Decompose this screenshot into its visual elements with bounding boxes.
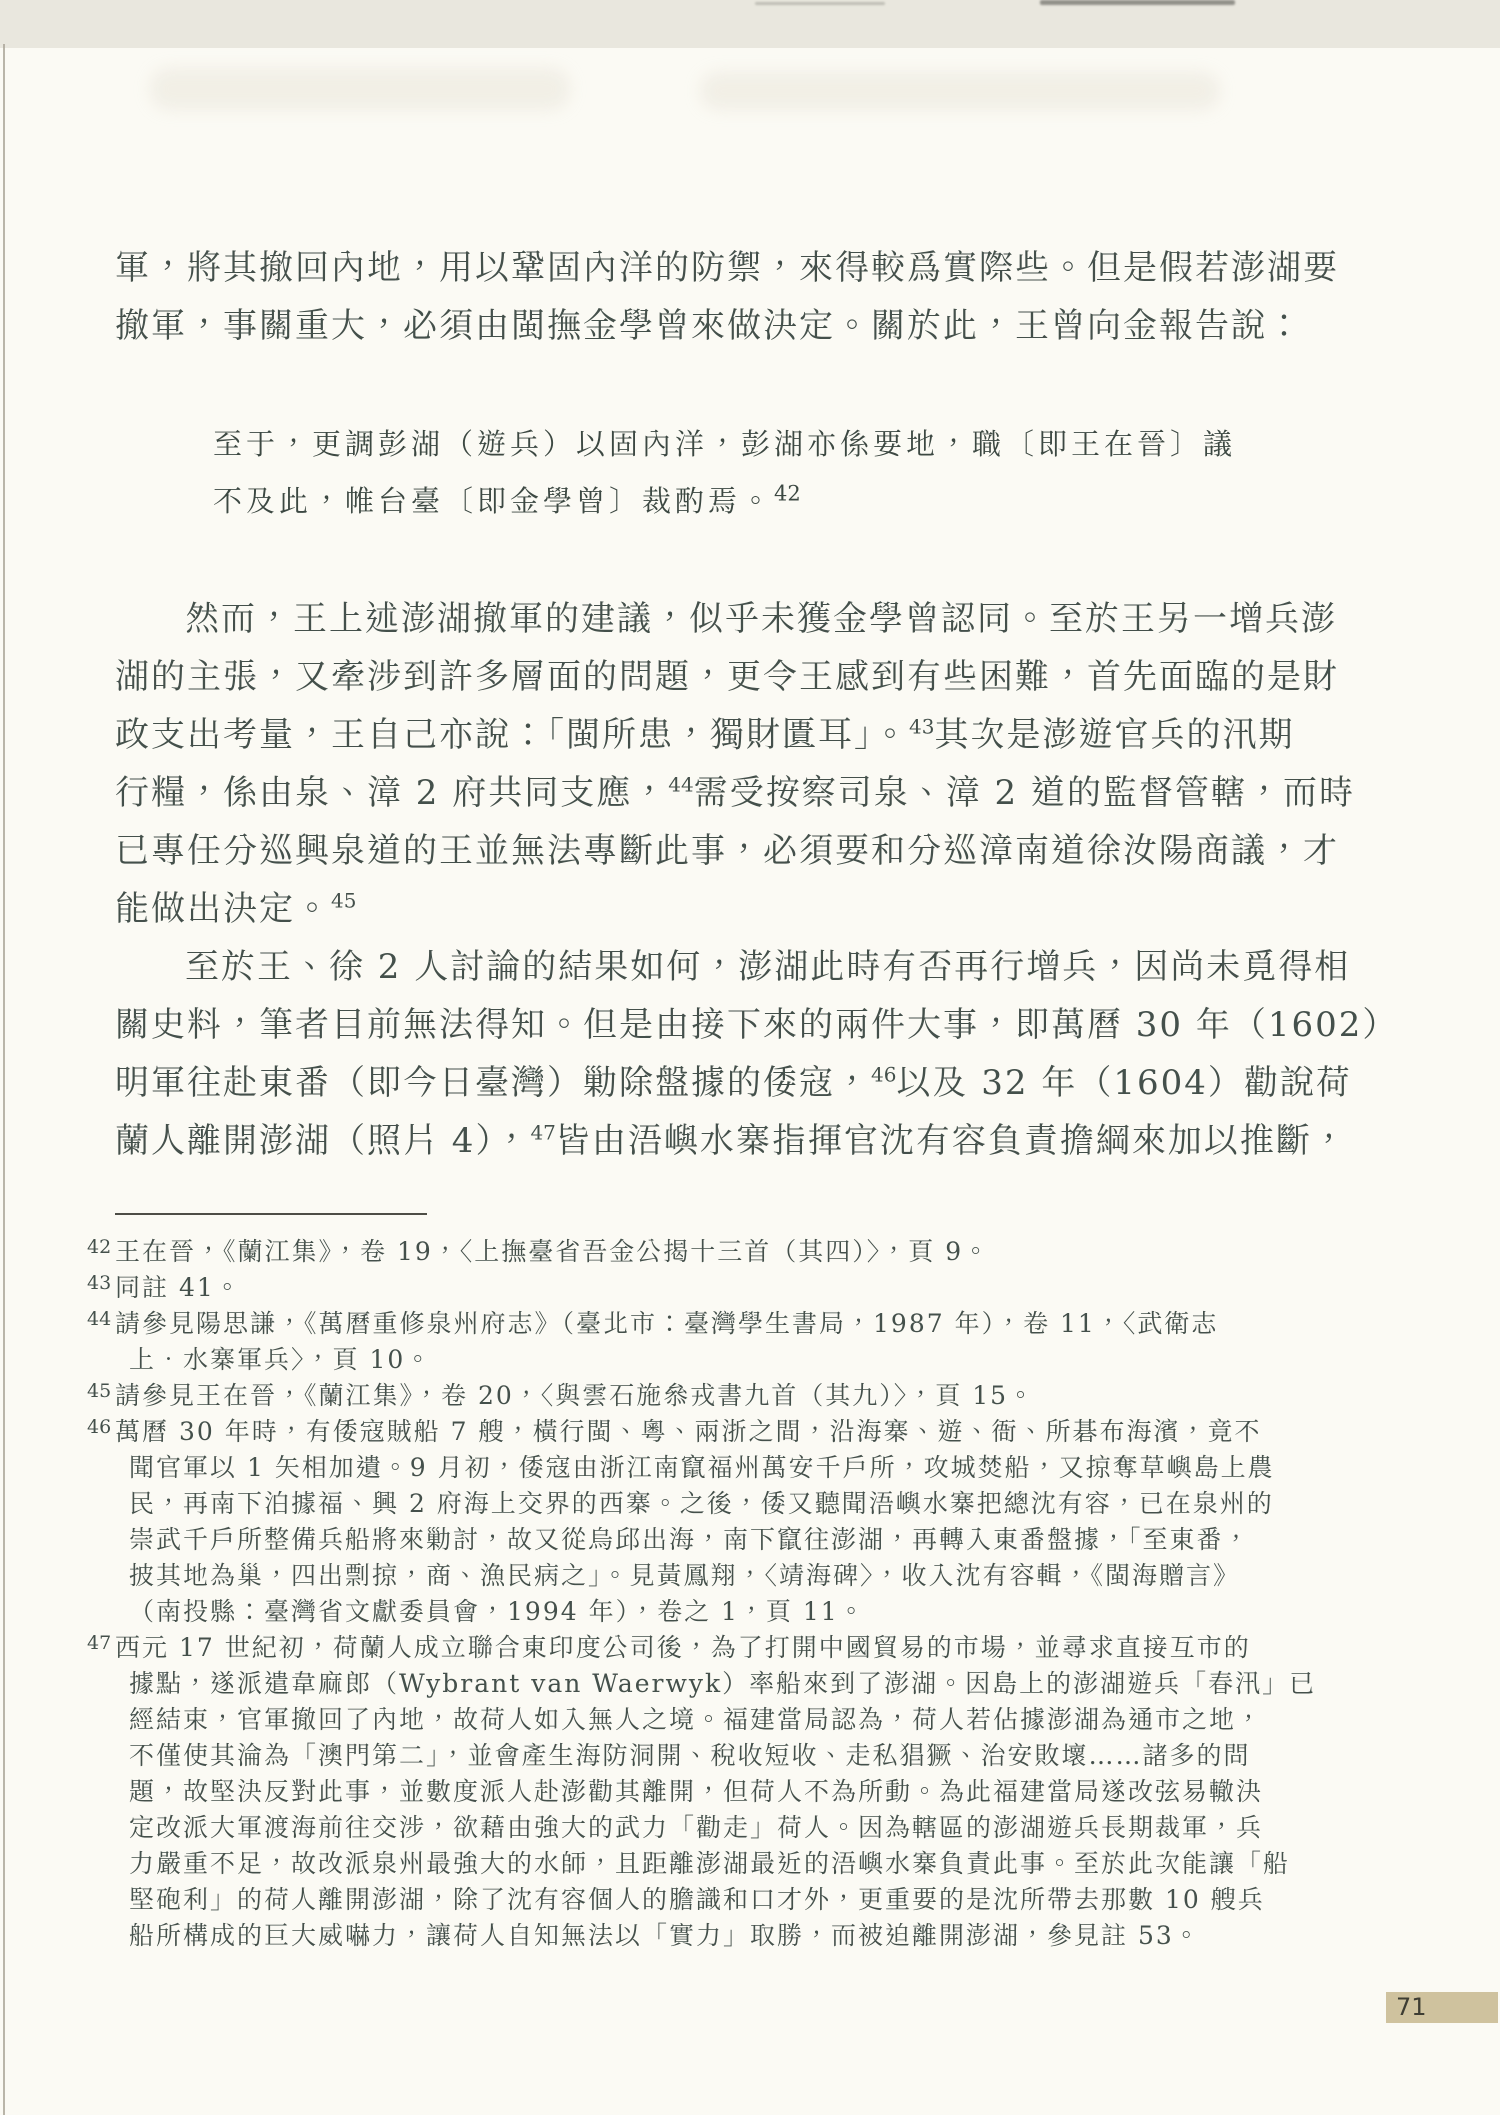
footnote-reference: 42 <box>774 481 801 505</box>
footnote-line: 船所構成的巨大威嚇力，讓荷人自知無法以「實力」取勝，而被迫離開澎湖，參見註 53… <box>115 1918 1427 1954</box>
text-line: 湖的主張，又牽涉到許多層面的問題，更令王感到有些困難，首先面臨的是財 <box>115 648 1427 706</box>
scanned-paper-page: { "page": { "number": "71" }, "colors": … <box>0 0 1500 2115</box>
footnote-line: 力嚴重不足，故改派泉州最強大的水師，且距離澎湖最近的浯嶼水寨負責此事。至於此次能… <box>115 1846 1427 1882</box>
page-number: 71 <box>1396 1993 1427 2021</box>
footnote-44: 44請參見陽思謙，《萬曆重修泉州府志》（臺北市：臺灣學生書局，1987 年），卷… <box>115 1306 1427 1378</box>
paragraph-1: 軍，將其撤回內地，用以鞏固內洋的防禦，來得較爲實際些。但是假若澎湖要撤軍，事關重… <box>115 239 1427 355</box>
footnote-46: 46萬曆 30 年時，有倭寇賊船 7 艘，橫行閩、粵、兩浙之間，沿海寨、遊、衙、… <box>115 1414 1427 1630</box>
footnote-line: 43同註 41。 <box>115 1270 1427 1306</box>
text-line: 然而，王上述澎湖撤軍的建議，似乎未獲金學曾認同。至於王另一增兵澎 <box>115 590 1427 648</box>
footnote-43: 43同註 41。 <box>115 1270 1427 1306</box>
footnote-line: 定改派大軍渡海前往交涉，欲藉由強大的武力「勸走」荷人。因為轄區的澎湖遊兵長期裁軍… <box>115 1810 1427 1846</box>
text-line: 行糧，係由泉、漳 2 府共同支應，44需受按察司泉、漳 2 道的監督管轄，而時 <box>115 764 1427 822</box>
footnote-45: 45請參見王在晉，《蘭江集》，卷 20，〈與雲石施叅戎書九首（其九）〉，頁 15… <box>115 1378 1427 1414</box>
footnote-reference: 44 <box>668 773 693 797</box>
text-line: 已專任分巡興泉道的王並無法專斷此事，必須要和分巡漳南道徐汝陽商議，才 <box>115 822 1427 880</box>
footnote-line: 47西元 17 世紀初，荷蘭人成立聯合東印度公司後，為了打開中國貿易的市場，並尋… <box>115 1630 1427 1666</box>
footnote-line: 46萬曆 30 年時，有倭寇賊船 7 艘，橫行閩、粵、兩浙之間，沿海寨、遊、衙、… <box>115 1414 1427 1450</box>
scan-bleedthrough-mark <box>150 68 570 110</box>
footnote-line: 45請參見王在晉，《蘭江集》，卷 20，〈與雲石施叅戎書九首（其九）〉，頁 15… <box>115 1378 1427 1414</box>
paragraph-3: 至於王、徐 2 人討論的結果如何，澎湖此時有否再行增兵，因尚未覓得相關史料，筆者… <box>115 938 1427 1170</box>
footnote-number: 44 <box>87 1301 111 1337</box>
scan-artifact-smudge <box>1040 0 1235 5</box>
footnote-line: 崇武千戶所整備兵船將來勦討，故又從烏邱出海，南下竄往澎湖，再轉入東番盤據，「至東… <box>115 1522 1427 1558</box>
footnote-line: （南投縣：臺灣省文獻委員會，1994 年），卷之 1，頁 11。 <box>115 1594 1427 1630</box>
footnote-line: 44請參見陽思謙，《萬曆重修泉州府志》（臺北市：臺灣學生書局，1987 年），卷… <box>115 1306 1427 1342</box>
footnote-42: 42王在晉，《蘭江集》，卷 19，〈上撫臺省吾金公揭十三首（其四）〉，頁 9。 <box>115 1234 1427 1270</box>
scan-top-edge-band <box>0 0 1500 48</box>
text-line: 能做出決定。45 <box>115 880 1427 938</box>
text-line: 軍，將其撤回內地，用以鞏固內洋的防禦，來得較爲實際些。但是假若澎湖要 <box>115 239 1427 297</box>
footnote-reference: 46 <box>871 1063 896 1087</box>
scan-artifact-smudge <box>755 2 885 5</box>
footnote-line: 經結束，官軍撤回了內地，故荷人如入無人之境。福建當局認為，荷人若佔據澎湖為通市之… <box>115 1702 1427 1738</box>
block-quotation: 至于，更調彭湖（遊兵）以固內洋，彭湖亦係要地，職〔即王在晉〕議不及此，帷台臺〔即… <box>213 416 1427 530</box>
footnote-separator-rule <box>115 1213 427 1215</box>
footnote-line: 堅砲利」的荷人離開澎湖，除了沈有容個人的膽識和口才外，更重要的是沈所帶去那數 1… <box>115 1882 1427 1918</box>
footnote-line: 42王在晉，《蘭江集》，卷 19，〈上撫臺省吾金公揭十三首（其四）〉，頁 9。 <box>115 1234 1427 1270</box>
footnote-number: 42 <box>87 1229 111 1265</box>
footnote-line: 民，再南下泊據福、興 2 府海上交界的西寨。之後，倭又聽聞浯嶼水寨把總沈有容，已… <box>115 1486 1427 1522</box>
footnote-line: 不僅使其淪為「澳門第二」，並會產生海防洞開、稅收短收、走私猖獗、治安敗壞……諸多… <box>115 1738 1427 1774</box>
paragraph-2: 然而，王上述澎湖撤軍的建議，似乎未獲金學曾認同。至於王另一增兵澎湖的主張，又牽涉… <box>115 590 1427 938</box>
scan-bleedthrough-mark <box>700 72 1220 110</box>
page-content: 軍，將其撤回內地，用以鞏固內洋的防禦，來得較爲實際些。但是假若澎湖要撤軍，事關重… <box>115 239 1427 1954</box>
footnotes-section: 42王在晉，《蘭江集》，卷 19，〈上撫臺省吾金公揭十三首（其四）〉，頁 9。4… <box>115 1234 1427 1954</box>
footnote-line: 題，故堅決反對此事，並數度派人赴澎勸其離開，但荷人不為所動。為此福建當局遂改弦易… <box>115 1774 1427 1810</box>
page-number-box: 71 <box>1386 1992 1498 2023</box>
footnote-line: 上‧水寨軍兵〉，頁 10。 <box>115 1342 1427 1378</box>
footnote-reference: 45 <box>331 889 356 913</box>
text-line: 明軍往赴東番（即今日臺灣）勦除盤據的倭寇，46以及 32 年（1604）勸說荷 <box>115 1054 1427 1112</box>
scan-left-edge-line <box>3 44 5 2115</box>
footnote-number: 46 <box>87 1409 111 1445</box>
footnote-number: 45 <box>87 1373 111 1409</box>
text-line: 不及此，帷台臺〔即金學曾〕裁酌焉。42 <box>213 473 1427 530</box>
footnote-number: 43 <box>87 1265 111 1301</box>
footnote-reference: 43 <box>909 715 934 739</box>
text-line: 至于，更調彭湖（遊兵）以固內洋，彭湖亦係要地，職〔即王在晉〕議 <box>213 416 1427 473</box>
footnote-line: 據點，遂派遣韋麻郎（Wybrant van Waerwyk）率船來到了澎湖。因島… <box>115 1666 1427 1702</box>
text-line: 關史料，筆者目前無法得知。但是由接下來的兩件大事，即萬曆 30 年（1602） <box>115 996 1427 1054</box>
footnote-reference: 47 <box>530 1121 555 1145</box>
text-line: 政支出考量，王自己亦說：「閩所患，獨財匱耳」。43其次是澎遊官兵的汛期 <box>115 706 1427 764</box>
footnote-line: 披其地為巢，四出剽掠，商、漁民病之」。見黃鳳翔，〈靖海碑〉，收入沈有容輯，《閩海… <box>115 1558 1427 1594</box>
footnote-47: 47西元 17 世紀初，荷蘭人成立聯合東印度公司後，為了打開中國貿易的市場，並尋… <box>115 1630 1427 1954</box>
text-line: 至於王、徐 2 人討論的結果如何，澎湖此時有否再行增兵，因尚未覓得相 <box>115 938 1427 996</box>
footnote-number: 47 <box>87 1625 111 1661</box>
text-line: 撤軍，事關重大，必須由閩撫金學曾來做決定。關於此，王曾向金報告說： <box>115 297 1427 355</box>
text-line: 蘭人離開澎湖（照片 4），47皆由浯嶼水寨指揮官沈有容負責擔綱來加以推斷， <box>115 1112 1427 1170</box>
footnote-line: 聞官軍以 1 矢相加遺。9 月初，倭寇由浙江南竄福州萬安千戶所，攻城焚船，又掠奪… <box>115 1450 1427 1486</box>
